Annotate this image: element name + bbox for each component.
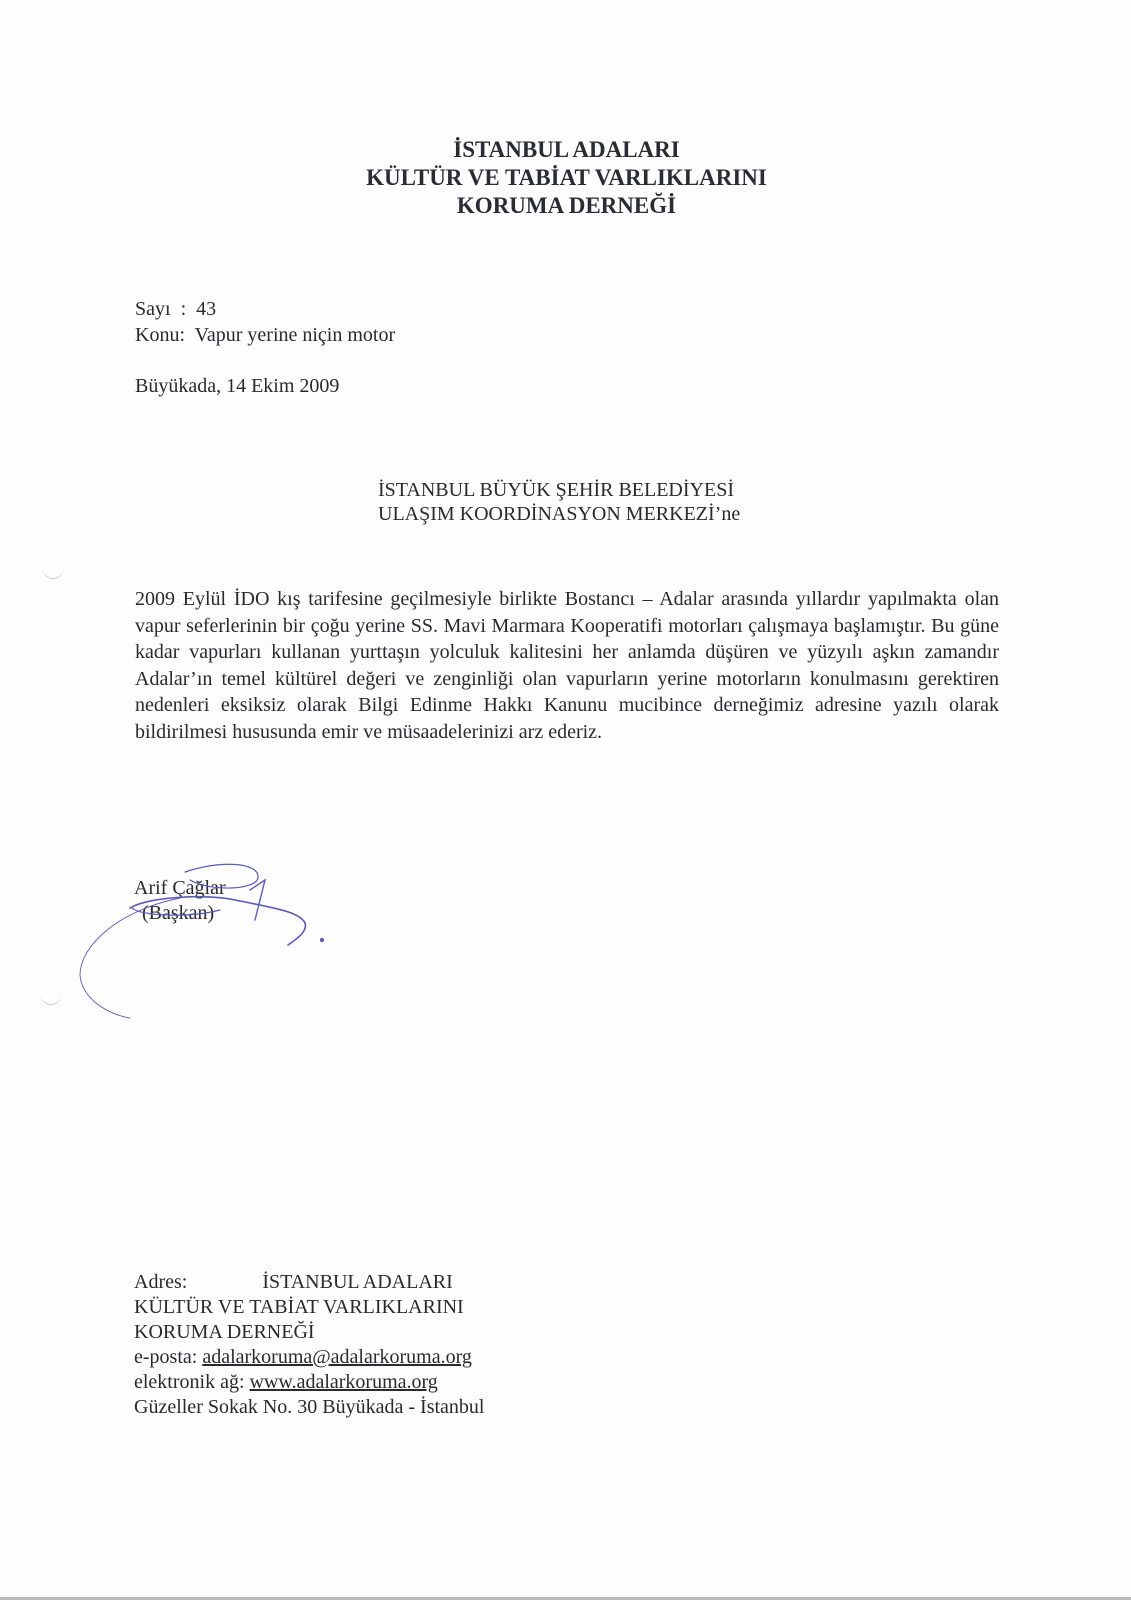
letter-body: 2009 Eylül İDO kış tarifesine geçilmesiy… — [135, 586, 999, 746]
recipient: İSTANBUL BÜYÜK ŞEHİR BELEDİYESİ ULAŞIM K… — [378, 478, 740, 526]
recipient-line: İSTANBUL BÜYÜK ŞEHİR BELEDİYESİ — [378, 478, 740, 502]
signer-title: (Başkan) — [134, 901, 226, 926]
address-line-2: KÜLTÜR VE TABİAT VARLIKLARINI — [134, 1295, 484, 1320]
letterhead-line: KÜLTÜR VE TABİAT VARLIKLARINI — [2, 164, 1131, 192]
letterhead: İSTANBUL ADALARI KÜLTÜR VE TABİAT VARLIK… — [0, 136, 1131, 220]
address-line-3: KORUMA DERNEĞİ — [134, 1320, 484, 1345]
letter-date: Büyükada, 14 Ekim 2009 — [135, 373, 339, 399]
subject-value: Vapur yerine niçin motor — [195, 324, 396, 346]
punch-hole-mark — [42, 556, 64, 579]
address-label: Adres: — [134, 1271, 187, 1293]
punch-hole-mark — [40, 982, 62, 1005]
web-label: elektronik ağ: — [134, 1371, 245, 1393]
org-name: İSTANBUL ADALARI — [262, 1271, 452, 1293]
recipient-line: ULAŞIM KOORDİNASYON MERKEZİ’ne — [378, 502, 740, 526]
signer-name: Arif Çağlar — [134, 876, 226, 901]
letterhead-line: İSTANBUL ADALARI — [2, 136, 1131, 164]
website-link[interactable]: www.adalarkoruma.org — [250, 1371, 438, 1393]
number-row: Sayı : 43 — [135, 296, 395, 322]
street-address: Güzeller Sokak No. 30 Büyükada - İstanbu… — [134, 1395, 484, 1420]
letter-meta: Sayı : 43 Konu: Vapur yerine niçin motor — [135, 296, 395, 348]
subject-label: Konu: — [135, 324, 185, 346]
signature-block: Arif Çağlar (Başkan) — [134, 876, 226, 926]
web-row: elektronik ağ: www.adalarkoruma.org — [134, 1370, 484, 1395]
number-value: 43 — [196, 298, 216, 320]
footer-address: Adres: İSTANBUL ADALARI KÜLTÜR VE TABİAT… — [134, 1270, 484, 1420]
email-label: e-posta: — [134, 1346, 197, 1368]
email-row: e-posta: adalarkoruma@adalarkoruma.org — [134, 1345, 484, 1370]
address-line-1: Adres: İSTANBUL ADALARI — [134, 1270, 484, 1295]
email-link[interactable]: adalarkoruma@adalarkoruma.org — [202, 1346, 472, 1368]
subject-row: Konu: Vapur yerine niçin motor — [135, 322, 395, 348]
number-label: Sayı — [135, 298, 171, 320]
letterhead-line: KORUMA DERNEĞİ — [2, 192, 1131, 220]
